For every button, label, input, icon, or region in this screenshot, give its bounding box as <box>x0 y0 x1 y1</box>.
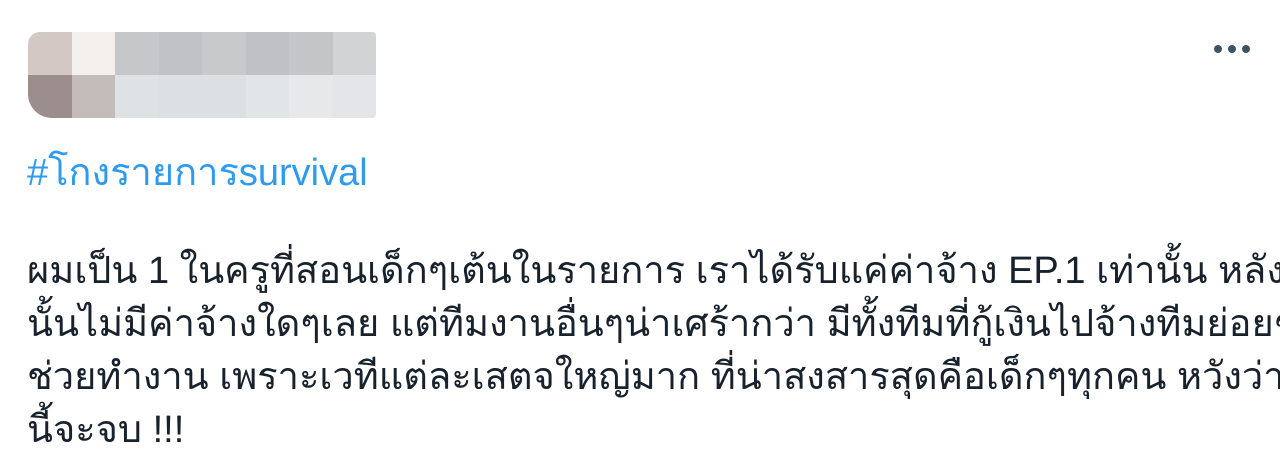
mosaic-cell <box>289 32 333 75</box>
mosaic-cell <box>202 32 246 75</box>
tweet-card: #โกงรายการsurvival ผมเป็น 1 ในครูที่สอนเ… <box>0 0 1280 470</box>
mosaic-cell <box>333 75 377 118</box>
post-body-line: นี้จะจบ !!! <box>27 404 1267 457</box>
more-horizontal-icon <box>1214 45 1250 53</box>
post-body: ผมเป็น 1 ในครูที่สอนเด็กๆเต้นในรายการ เร… <box>27 245 1267 457</box>
hashtag-link[interactable]: #โกงรายการsurvival <box>27 150 368 196</box>
mosaic-cell <box>115 32 159 75</box>
more-options-button[interactable] <box>1214 38 1250 60</box>
more-dot <box>1214 45 1222 53</box>
post-body-line: นั้นไม่มีค่าจ้างใดๆเลย แต่ทีมงานอื่นๆน่า… <box>27 298 1267 351</box>
mosaic-cell <box>202 75 246 118</box>
mosaic-cell <box>28 32 72 75</box>
mosaic-cell <box>72 32 116 75</box>
mosaic-cell <box>333 32 377 75</box>
mosaic-cell <box>246 32 290 75</box>
mosaic-cell <box>115 75 159 118</box>
mosaic-cell <box>159 75 203 118</box>
mosaic-cell <box>28 75 72 118</box>
more-dot <box>1228 45 1236 53</box>
post-body-line: ช่วยทำงาน เพราะเวทีแต่ละเสตจใหญ่มาก ที่น… <box>27 351 1267 404</box>
censored-identity-mosaic <box>28 32 376 118</box>
mosaic-cell <box>246 75 290 118</box>
mosaic-cell <box>159 32 203 75</box>
mosaic-cell <box>72 75 116 118</box>
post-body-line: ผมเป็น 1 ในครูที่สอนเด็กๆเต้นในรายการ เร… <box>27 245 1267 298</box>
more-dot <box>1242 45 1250 53</box>
mosaic-cell <box>289 75 333 118</box>
